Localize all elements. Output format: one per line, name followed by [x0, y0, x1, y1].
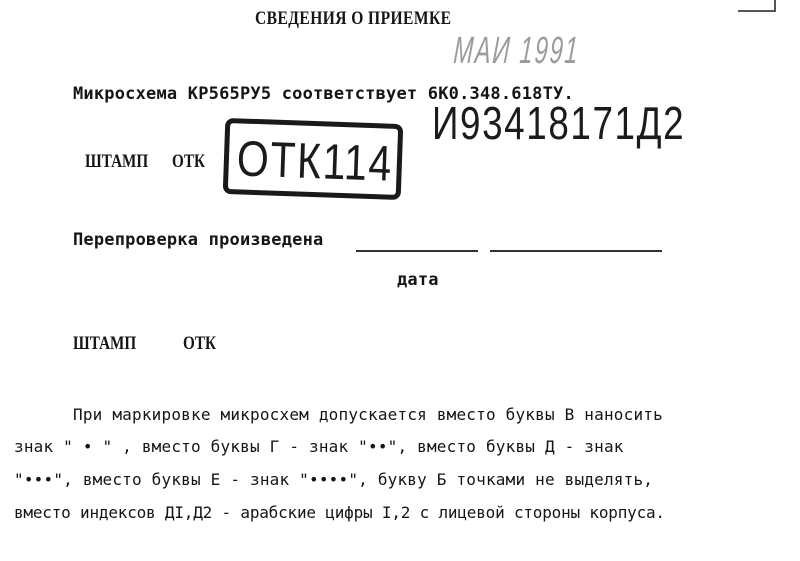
note-line-2: знак " • " , вместо буквы Г - знак "••",… — [14, 437, 624, 456]
scan-corner-mark — [738, 0, 776, 12]
serial-number: И93418171Д2 — [432, 96, 685, 150]
recheck-label: Перепроверка произведена — [73, 230, 323, 250]
otk-stamp: ОТК114 — [223, 118, 404, 200]
otk-label-2: ОТК — [183, 333, 216, 355]
recheck-date-line-2 — [490, 250, 662, 252]
otk-label-1: ОТК — [172, 151, 205, 173]
date-stamp: МАИ 1991 — [452, 30, 581, 73]
stamp-label-1: ШТАМП — [85, 151, 148, 173]
recheck-date-line-1 — [356, 250, 478, 252]
note-line-3: "•••", вместо буквы Е - знак "••••", бук… — [14, 470, 653, 489]
date-caption: дата — [397, 270, 439, 290]
otk-stamp-text: ОТК114 — [236, 129, 394, 192]
document-title: СВЕДЕНИЯ О ПРИЕМКЕ — [255, 8, 451, 30]
stamp-label-2: ШТАМП — [73, 333, 136, 355]
note-line-4: вместо индексов ДI,Д2 - арабские цифры I… — [14, 503, 665, 522]
note-line-1: При маркировке микросхем допускается вме… — [73, 405, 663, 424]
